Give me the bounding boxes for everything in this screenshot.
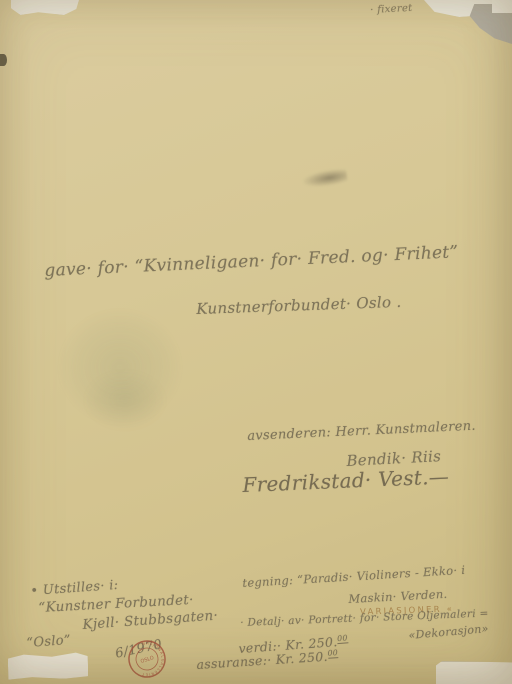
drawing-title-line-1: tegning: “Paradis· Violiners - Ekko· i bbox=[242, 563, 466, 590]
paper-stain-faint bbox=[70, 360, 180, 440]
value-ore: 00 bbox=[337, 633, 348, 644]
paper-stain bbox=[40, 292, 200, 442]
insurance-note: assuranse:· Kr. 250.00 bbox=[196, 648, 339, 672]
insurance-ore: 00 bbox=[327, 648, 338, 659]
dedication-line-2: Kunstnerforbundet· Oslo . bbox=[196, 293, 402, 318]
tape-bottom-left bbox=[8, 651, 88, 679]
sender-city: Fredrikstad· Vest.— bbox=[242, 464, 450, 497]
pencil-smudge bbox=[302, 168, 348, 190]
exhibit-city: “Oslo” bbox=[26, 633, 71, 651]
dedication-line-1: gave· for· “Kvinneligaen· for· Fred. og·… bbox=[44, 242, 459, 281]
decoration-note: «Dekorasjon» bbox=[408, 622, 489, 642]
museum-stamp: NASJONALGALLERIET OSLO bbox=[122, 634, 172, 684]
drawing-title-line-2: Maskin· Verden. bbox=[348, 587, 448, 606]
label-bottom-right bbox=[436, 661, 512, 684]
sender-line-1: avsenderen: Herr. Kunstmaleren. bbox=[247, 419, 476, 444]
artwork-back-scan: · fixeret gave· for· “Kvinneligaen· for·… bbox=[0, 0, 512, 684]
fixative-note: · fixeret bbox=[370, 3, 413, 16]
stamp-center-text: OSLO bbox=[140, 655, 155, 665]
insurance-text: assuranse:· Kr. 250. bbox=[196, 649, 328, 672]
left-edge-mark bbox=[0, 54, 7, 66]
tape-top-right-corner bbox=[492, 0, 512, 13]
tape-top-left bbox=[11, 0, 79, 15]
